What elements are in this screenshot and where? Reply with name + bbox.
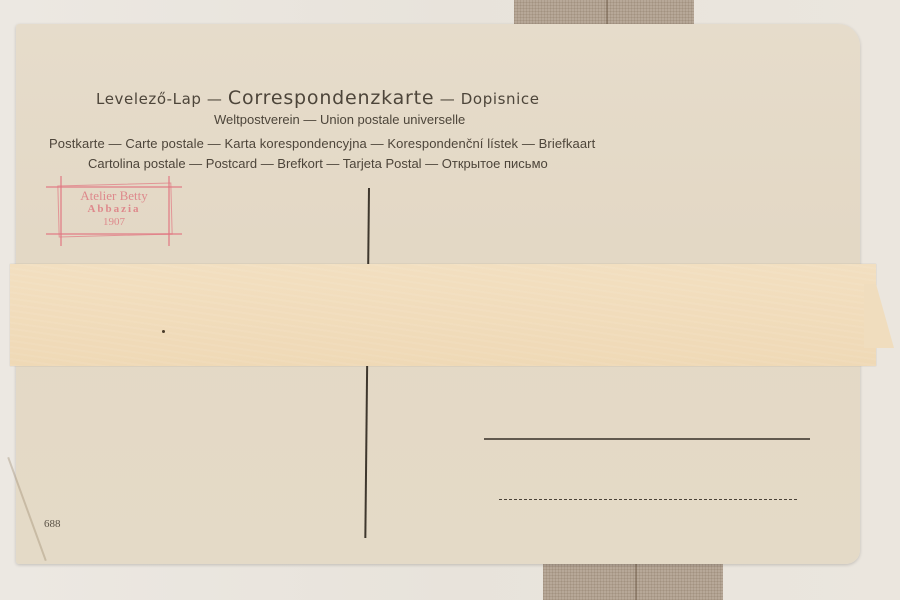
- print-number: 688: [44, 518, 61, 530]
- address-line-1: [484, 438, 810, 440]
- stamp-location: Abbazia: [46, 203, 182, 215]
- tape-speck: [162, 330, 165, 333]
- stamp-year: 1907: [46, 216, 182, 228]
- fabric-ribbon-bottom: [543, 562, 723, 600]
- title-hungarian: Levelező-Lap: [96, 90, 202, 108]
- stamp-studio-name: Atelier Betty: [46, 188, 182, 204]
- title-german: Correspondenzkarte: [228, 87, 435, 109]
- paper-tape-band: [10, 264, 876, 366]
- address-line-2: [499, 499, 797, 500]
- multilingual-line-1: Postkarte — Carte postale — Karta koresp…: [49, 136, 595, 151]
- multilingual-line-2: Cartolina postale — Postcard — Brefkort …: [88, 156, 548, 171]
- postcard-title: Levelező-Lap — Correspondenzkarte — Dopi…: [96, 87, 656, 109]
- title-croatian: Dopisnice: [461, 90, 540, 108]
- photographer-stamp: Atelier Betty Abbazia 1907: [46, 176, 182, 246]
- postal-union-subtitle: Weltpostverein — Union postale universel…: [214, 112, 465, 127]
